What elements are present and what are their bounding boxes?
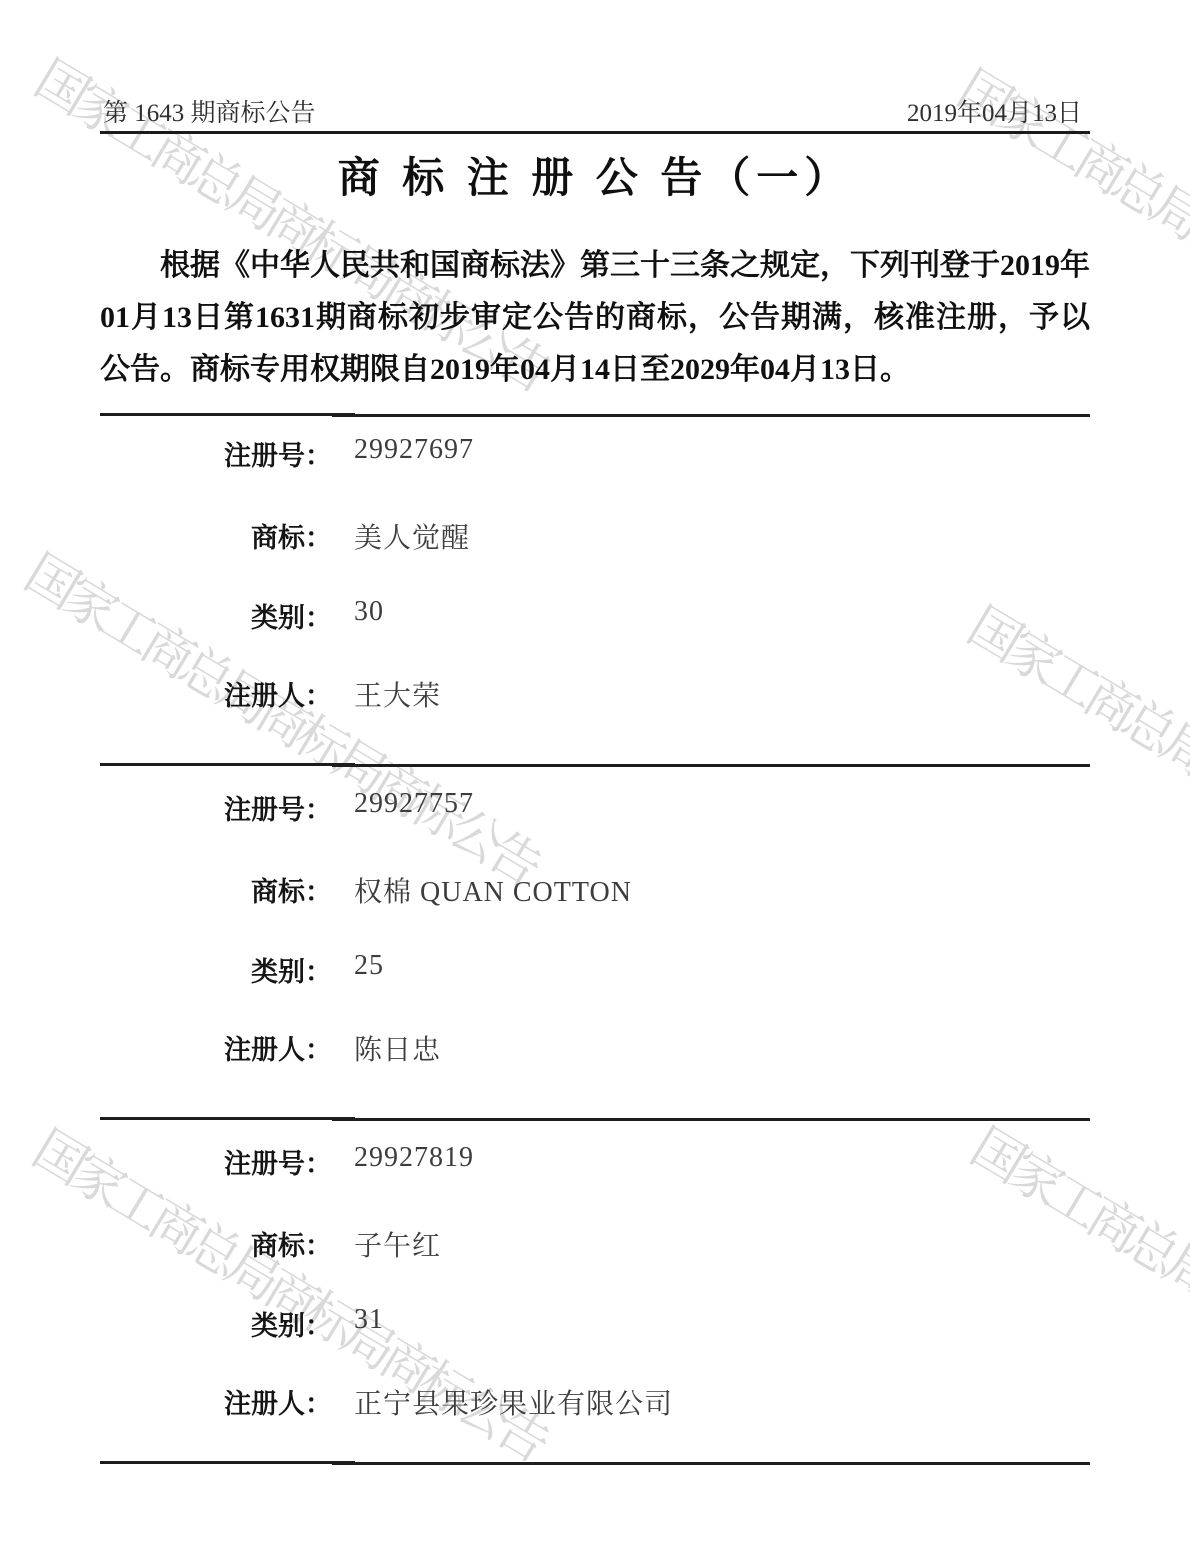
record-field-registrant: 注册人： 王大荣 xyxy=(100,674,1090,710)
watermark-text: 国家工商总局商标局商标公告 xyxy=(13,532,553,898)
field-label: 类别： xyxy=(100,950,332,989)
intro-line: 公告。商标专用权期限自2019年04月14日至2029年04月13日。 xyxy=(100,344,1090,396)
record-field-registrant: 注册人： 正宁县果珍果业有限公司 xyxy=(100,1382,1090,1418)
field-value: 25 xyxy=(354,950,384,982)
field-label: 注册人： xyxy=(100,1028,332,1067)
field-value: 陈日忠 xyxy=(354,1028,441,1068)
record-field-trademark: 商标： 权棉 QUAN COTTON xyxy=(100,870,1090,906)
field-value: 29927697 xyxy=(354,434,474,466)
field-label: 商标： xyxy=(100,870,332,909)
field-value: 29927757 xyxy=(354,788,474,820)
record-field-reg-no: 注册号： 29927697 xyxy=(100,434,1090,470)
field-value: 王大荣 xyxy=(354,674,441,714)
header-divider xyxy=(100,131,1090,134)
field-label: 商标： xyxy=(100,1224,332,1263)
field-value: 美人觉醒 xyxy=(354,516,470,556)
record-divider xyxy=(100,413,355,416)
field-value: 子午红 xyxy=(354,1224,441,1264)
field-label: 类别： xyxy=(100,596,332,635)
field-label: 注册人： xyxy=(100,1382,332,1421)
header-date: 2019年04月13日 xyxy=(0,93,1082,129)
record-divider xyxy=(100,763,355,766)
intro-line: 根据《中华人民共和国商标法》第三十三条之规定，下列刊登于2019年 xyxy=(100,240,1090,292)
field-value: 正宁县果珍果业有限公司 xyxy=(354,1382,673,1422)
record-divider xyxy=(332,1462,1090,1465)
field-label: 注册号： xyxy=(100,788,332,827)
record-field-category: 类别： 31 xyxy=(100,1304,1090,1340)
record-divider xyxy=(332,764,1090,767)
record-divider xyxy=(100,1461,355,1464)
record-field-category: 类别： 25 xyxy=(100,950,1090,986)
intro-line: 01月13日第1631期商标初步审定公告的商标，公告期满，核准注册，予以 xyxy=(100,292,1090,344)
announcement-page: 国家工商总局商标局商标公告 国家工商总局商标局商标公告 国家工商总局商标局商标公… xyxy=(0,0,1190,1564)
record-field-trademark: 商标： 美人觉醒 xyxy=(100,516,1090,552)
record-field-reg-no: 注册号： 29927757 xyxy=(100,788,1090,824)
record-field-reg-no: 注册号： 29927819 xyxy=(100,1142,1090,1178)
intro-paragraph: 根据《中华人民共和国商标法》第三十三条之规定，下列刊登于2019年 01月13日… xyxy=(100,240,1090,396)
field-value: 30 xyxy=(354,596,384,628)
field-label: 商标： xyxy=(100,516,332,555)
record-divider xyxy=(100,1117,355,1120)
field-label: 注册号： xyxy=(100,434,332,473)
field-label: 注册号： xyxy=(100,1142,332,1181)
page-title: 商 标 注 册 公 告（一） xyxy=(0,145,1190,205)
record-divider xyxy=(332,414,1090,417)
field-value: 31 xyxy=(354,1304,384,1336)
field-value: 29927819 xyxy=(354,1142,474,1174)
record-field-registrant: 注册人： 陈日忠 xyxy=(100,1028,1090,1064)
field-label: 类别： xyxy=(100,1304,332,1343)
field-value: 权棉 QUAN COTTON xyxy=(354,870,632,910)
record-field-category: 类别： 30 xyxy=(100,596,1090,632)
record-divider xyxy=(332,1118,1090,1121)
field-label: 注册人： xyxy=(100,674,332,713)
record-field-trademark: 商标： 子午红 xyxy=(100,1224,1090,1260)
